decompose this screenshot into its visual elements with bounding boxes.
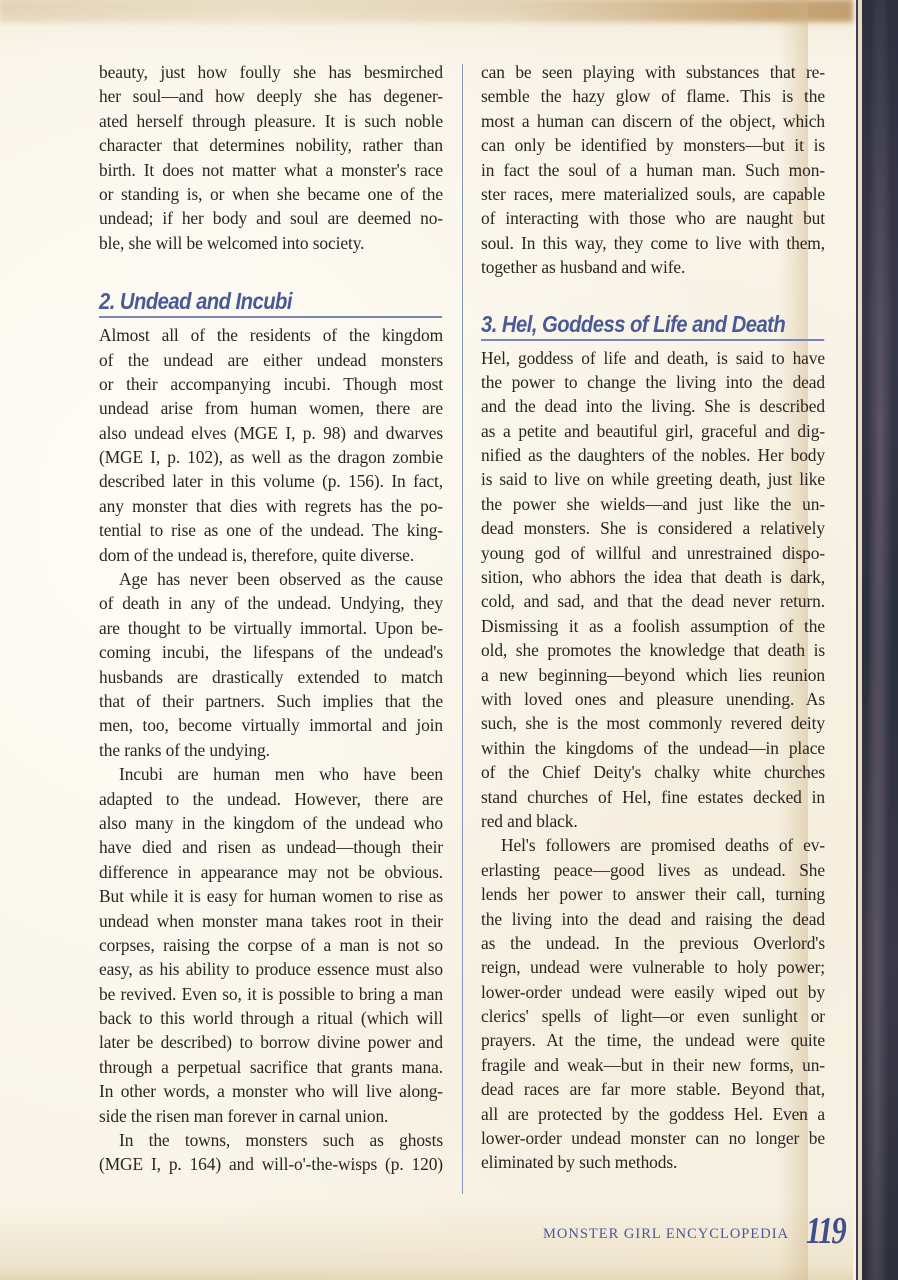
text-line: soul. In this way, they come to live wit…	[481, 231, 825, 255]
text-line: the living into the dead and raising the…	[481, 907, 825, 931]
text-line: coming incubi, the lifespans of the unde…	[99, 640, 443, 664]
text-line: Almost all of the residents of the kingd…	[99, 323, 443, 347]
text-line: the power to change the living into the …	[481, 370, 825, 394]
text-line: can only be identified by monsters—but i…	[481, 133, 825, 157]
text-line: semble the hazy glow of flame. This is t…	[481, 84, 825, 108]
text-line: any monster that dies with regrets has t…	[99, 494, 443, 518]
text-line: lower-order undead were easily wiped out…	[481, 980, 825, 1004]
text-line: undead; if her body and soul are deemed …	[99, 206, 443, 230]
top-stain-decoration	[0, 0, 853, 22]
text-line: the power she wields—and just like the u…	[481, 492, 825, 516]
text-line: (MGE I, p. 102), as well as the dragon z…	[99, 445, 443, 469]
text-line: difference in appearance may not be obvi…	[99, 860, 443, 884]
text-line: together as husband and wife.	[481, 255, 825, 279]
text-line: lends her power to answer their call, tu…	[481, 882, 825, 906]
text-line: Dismissing it as a foolish assumption of…	[481, 614, 825, 638]
text-line: also undead elves (MGE I, p. 98) and dwa…	[99, 421, 443, 445]
text-line: of death in any of the undead. Undying, …	[99, 591, 443, 615]
text-line: is said to live on while greeting death,…	[481, 467, 825, 491]
running-footer-book-title: Monster Girl Encyclopedia	[543, 1226, 789, 1243]
text-line: Age has never been observed as the cause	[99, 567, 443, 591]
text-line: and the dead into the living. She is des…	[481, 394, 825, 418]
text-line: with loved ones and pleasure unending. A…	[481, 687, 825, 711]
text-line: young god of willful and unrestrained di…	[481, 541, 825, 565]
text-line: ated herself through pleasure. It is suc…	[99, 109, 443, 133]
section-heading-undead-and-incubi: 2. Undead and Incubi	[99, 287, 442, 318]
left-column: beauty, just how foully she has besmirch…	[99, 60, 443, 1177]
text-line: In the towns, monsters such as ghosts	[99, 1128, 443, 1152]
text-line: of the undead are either undead monsters	[99, 348, 443, 372]
text-line: undead arise from human women, there are	[99, 396, 443, 420]
text-line: dead monsters. She is considered a relat…	[481, 516, 825, 540]
text-line: stand churches of Hel, fine estates deck…	[481, 785, 825, 809]
column-divider	[462, 64, 463, 1194]
text-line: birth. It does not matter what a monster…	[99, 158, 443, 182]
text-line: Hel, goddess of life and death, is said …	[481, 346, 825, 370]
text-line: ble, she will be welcomed into society.	[99, 231, 443, 255]
text-line: side the risen man forever in carnal uni…	[99, 1104, 443, 1128]
text-line: fragile and weak—but in their new forms,…	[481, 1053, 825, 1077]
section2-paragraph-4: In the towns, monsters such as ghosts (M…	[99, 1128, 443, 1177]
text-line: (MGE I, p. 164) and will-o'-the-wisps (p…	[99, 1152, 443, 1176]
text-line: tential to rise as one of the undead. Th…	[99, 518, 443, 542]
right-column: can be seen playing with substances that…	[481, 60, 825, 1175]
text-line: later be described) to borrow divine pow…	[99, 1030, 443, 1054]
text-line: back to this world through a ritual (whi…	[99, 1006, 443, 1030]
section-heading-hel-goddess: 3. Hel, Goddess of Life and Death	[481, 310, 824, 341]
text-line: Hel's followers are promised deaths of e…	[481, 833, 825, 857]
text-line: dead races are far more stable. Beyond t…	[481, 1077, 825, 1101]
text-line: men, too, become virtually immortal and …	[99, 713, 443, 737]
text-line: husbands are drastically extended to mat…	[99, 665, 443, 689]
text-line: cold, and sad, and that the dead never r…	[481, 589, 825, 613]
text-line: clerics' spells of light—or even sunligh…	[481, 1004, 825, 1028]
text-line: her soul—and how deeply she has degener-	[99, 84, 443, 108]
left-intro-paragraph: beauty, just how foully she has besmirch…	[99, 60, 443, 255]
text-line: red and black.	[481, 809, 825, 833]
text-line: have died and risen as undead—though the…	[99, 835, 443, 859]
text-line: undead when monster mana takes root in t…	[99, 909, 443, 933]
text-line: also many in the kingdom of the undead w…	[99, 811, 443, 835]
text-line: character that determines nobility, rath…	[99, 133, 443, 157]
right-intro-paragraph: can be seen playing with substances that…	[481, 60, 825, 280]
book-spine-edge	[862, 0, 898, 1280]
text-line: within the kingdoms of the undead—in pla…	[481, 736, 825, 760]
text-line: of interacting with those who are naught…	[481, 206, 825, 230]
text-line: adapted to the undead. However, there ar…	[99, 787, 443, 811]
text-line: In other words, a monster who will live …	[99, 1079, 443, 1103]
text-line: be revived. Even so, it is possible to b…	[99, 982, 443, 1006]
section3-paragraph-2: Hel's followers are promised deaths of e…	[481, 833, 825, 1174]
text-line: most a human can discern of the object, …	[481, 109, 825, 133]
text-line: old, she promotes the knowledge that dea…	[481, 638, 825, 662]
text-line: lower-order undead monster can no longer…	[481, 1126, 825, 1150]
text-line: as the undead. In the previous Overlord'…	[481, 931, 825, 955]
text-line: of the Chief Deity's chalky white church…	[481, 760, 825, 784]
section2-paragraph-1: Almost all of the residents of the kingd…	[99, 323, 443, 567]
text-line: erlasting peace—good lives as undead. Sh…	[481, 858, 825, 882]
text-line: easy, as his ability to produce essence …	[99, 957, 443, 981]
text-line: corpses, raising the corpse of a man is …	[99, 933, 443, 957]
section3-paragraph-1: Hel, goddess of life and death, is said …	[481, 346, 825, 834]
text-line: that of their partners. Such implies tha…	[99, 689, 443, 713]
text-line: described later in this volume (p. 156).…	[99, 469, 443, 493]
text-line: sition, who abhors the idea that death i…	[481, 565, 825, 589]
text-line: through a perpetual sacrifice that grant…	[99, 1055, 443, 1079]
text-line: dom of the undead is, therefore, quite d…	[99, 543, 443, 567]
text-line: Incubi are human men who have been	[99, 762, 443, 786]
text-line: all are protected by the goddess Hel. Ev…	[481, 1102, 825, 1126]
text-line: can be seen playing with substances that…	[481, 60, 825, 84]
text-line: ster races, mere materialized souls, are…	[481, 182, 825, 206]
text-line: nified as the daughters of the nobles. H…	[481, 443, 825, 467]
page-number: 119	[806, 1209, 845, 1253]
text-line: or standing is, or when she became one o…	[99, 182, 443, 206]
text-line: the ranks of the undying.	[99, 738, 443, 762]
text-line: prayers. At the time, the undead were qu…	[481, 1028, 825, 1052]
text-line: But while it is easy for human women to …	[99, 884, 443, 908]
text-line: are thought to be virtually immortal. Up…	[99, 616, 443, 640]
section2-paragraph-3: Incubi are human men who have been adapt…	[99, 762, 443, 1128]
text-line: reign, undead were vulnerable to holy po…	[481, 955, 825, 979]
text-line: or their accompanying incubi. Though mos…	[99, 372, 443, 396]
text-line: such, she is the most commonly revered d…	[481, 711, 825, 735]
section2-paragraph-2: Age has never been observed as the cause…	[99, 567, 443, 762]
text-line: beauty, just how foully she has besmirch…	[99, 60, 443, 84]
text-line: as a petite and beautiful girl, graceful…	[481, 419, 825, 443]
text-line: a new beginning—beyond which lies reunio…	[481, 663, 825, 687]
text-line: eliminated by such methods.	[481, 1150, 825, 1174]
text-line: in fact the soul of a human man. Such mo…	[481, 158, 825, 182]
